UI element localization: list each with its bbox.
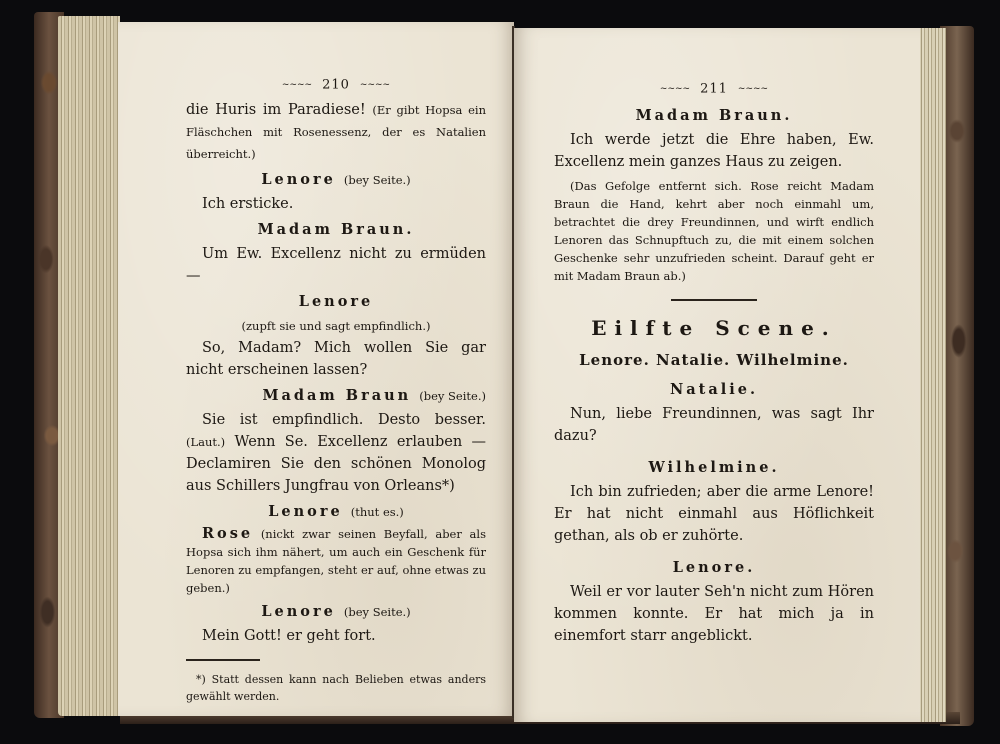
speaker-heading: Lenore (thut es.) <box>186 501 486 523</box>
speaker-heading: Lenore <box>186 291 486 313</box>
speech: Sie ist empfindlich. Desto besser. (Laut… <box>186 409 486 497</box>
speech: Ich werde jetzt die Ehre haben, Ew. Exce… <box>554 129 874 173</box>
open-book: ~~~~210~~~~ die Huris im Paradiese! (Er … <box>0 0 1000 744</box>
left-page: ~~~~210~~~~ die Huris im Paradiese! (Er … <box>118 22 514 716</box>
right-page: ~~~~211~~~~ Madam Braun. Ich werde jetzt… <box>514 28 920 722</box>
speech: Um Ew. Excellenz nicht zu ermüden — <box>186 243 486 287</box>
stage-direction: (Das Gefolge entfernt sich. Rose reicht … <box>554 177 874 285</box>
page-number-210: ~~~~210~~~~ <box>186 74 486 97</box>
speaker-heading: Madam Braun. <box>554 105 874 127</box>
speaker-heading: Madam Braun (bey Seite.) <box>186 385 486 407</box>
stage-direction: Rose (nickt zwar seinen Beyfall, aber al… <box>186 525 486 597</box>
page-number-211: ~~~~211~~~~ <box>554 78 874 101</box>
scene-cast: Lenore. Natalie. Wilhelmine. <box>554 349 874 371</box>
ornament: ~~~~ <box>660 84 690 94</box>
speaker-heading: Natalie. <box>554 379 874 401</box>
right-page-text: ~~~~211~~~~ Madam Braun. Ich werde jetzt… <box>554 78 874 647</box>
footnote-rule <box>186 659 260 661</box>
speech: Mein Gott! er geht fort. <box>186 625 486 647</box>
page-edges-left <box>58 16 120 716</box>
ornament: ~~~~ <box>738 84 768 94</box>
scene-title: Eilfte Scene. <box>554 317 874 339</box>
speaker-heading: Lenore (bey Seite.) <box>186 601 486 623</box>
speech: Ich ersticke. <box>186 193 486 215</box>
speech: Weil er vor lauter Seh'n nicht zum Hören… <box>554 581 874 647</box>
ornament: ~~~~ <box>360 80 390 90</box>
speech: Nun, liebe Freundinnen, was sagt Ihr daz… <box>554 403 874 447</box>
speaker-heading: Lenore (bey Seite.) <box>186 169 486 191</box>
speaker-heading: Madam Braun. <box>186 219 486 241</box>
ornament: ~~~~ <box>282 80 312 90</box>
continued-line: die Huris im Paradiese! (Er gibt Hopsa e… <box>186 99 486 165</box>
stage-direction: (zupft sie und sagt empfindlich.) <box>186 315 486 337</box>
speaker-heading: Wilhelmine. <box>554 457 874 479</box>
left-page-text: ~~~~210~~~~ die Huris im Paradiese! (Er … <box>186 74 486 705</box>
scene-divider <box>671 299 757 301</box>
speaker-heading: Lenore. <box>554 557 874 579</box>
speech: So, Madam? Mich wollen Sie gar nicht ers… <box>186 337 486 381</box>
page-edges-right <box>918 28 946 722</box>
speech: Ich bin zufrieden; aber die arme Lenore!… <box>554 481 874 547</box>
footnote: *) Statt dessen kann nach Belieben etwas… <box>186 671 486 705</box>
